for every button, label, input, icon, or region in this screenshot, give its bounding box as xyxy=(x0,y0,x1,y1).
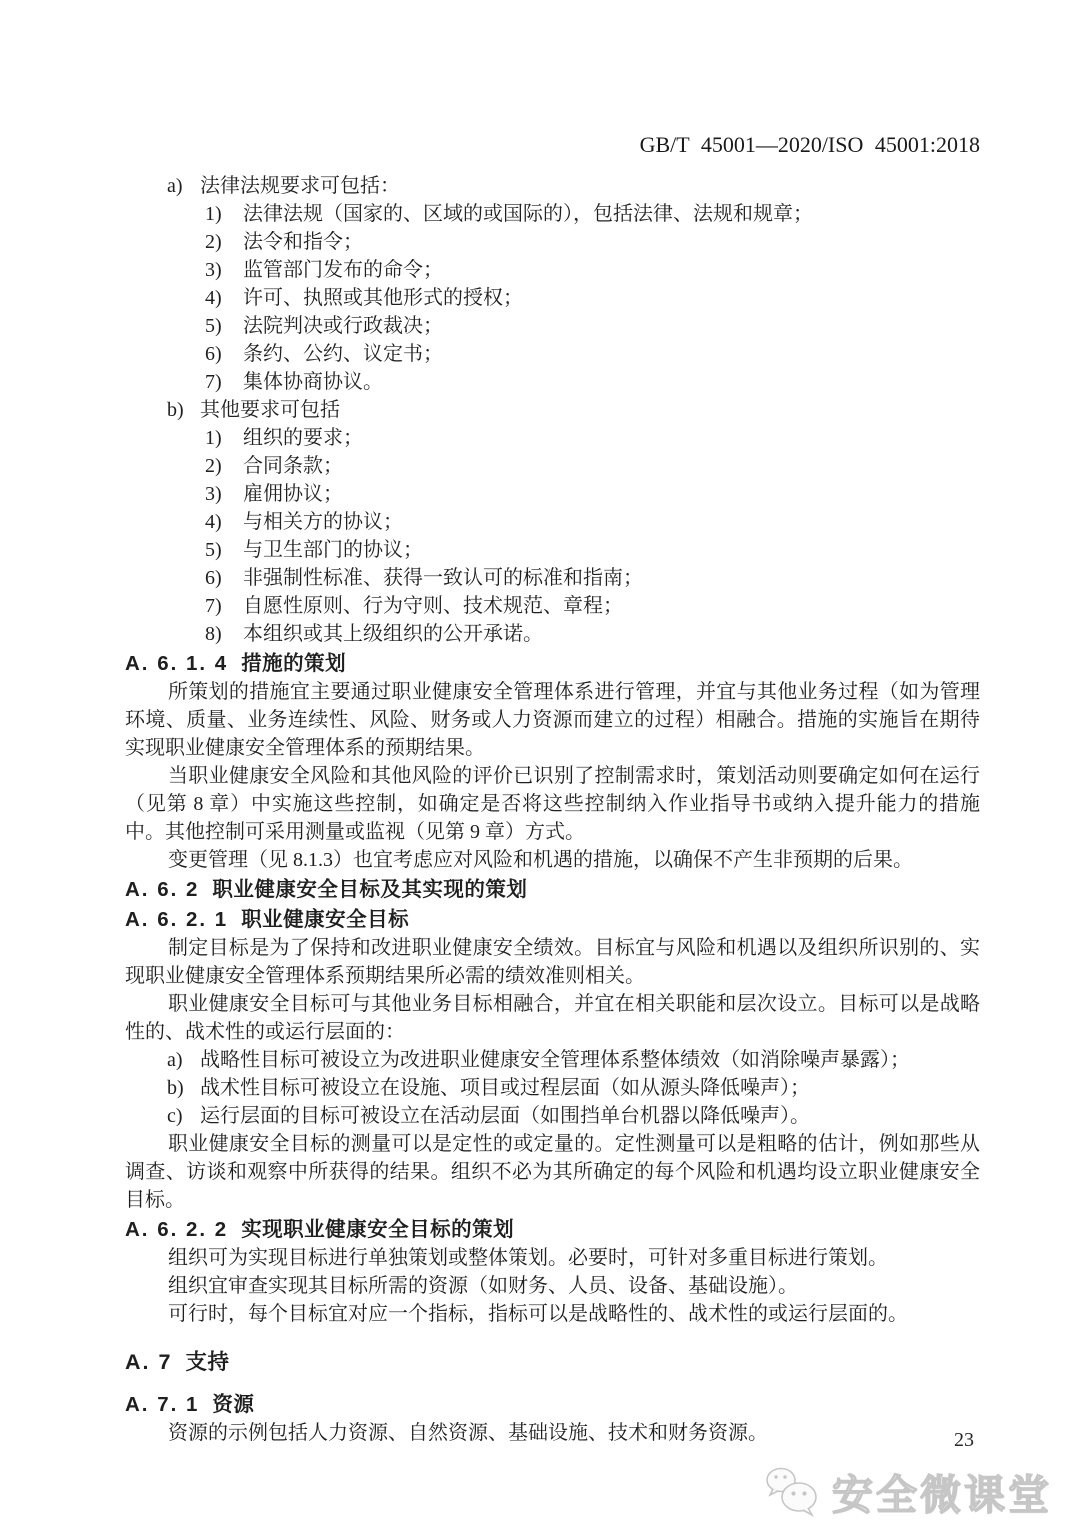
list-item: b)其他要求可包括 xyxy=(125,396,980,424)
list-item: 6)非强制性标准、获得一致认可的标准和指南； xyxy=(125,564,980,592)
list-item-text: 监管部门发布的命令； xyxy=(243,259,443,281)
list-item-text: 条约、公约、议定书； xyxy=(243,343,443,365)
list-item-marker: 2) xyxy=(205,452,222,480)
section-number: A. 6. 2 xyxy=(125,878,199,901)
list-item-marker: c) xyxy=(167,1102,183,1130)
list-item: b)战术性目标可被设立在设施、项目或过程层面（如从源头降低噪声）； xyxy=(125,1074,980,1102)
watermark-text: 安全微课堂 xyxy=(832,1462,1052,1521)
paragraph: 组织可为实现目标进行单独策划或整体策划。必要时，可针对多重目标进行策划。 xyxy=(125,1244,980,1272)
paragraph: 制定目标是为了保持和改进职业健康安全绩效。目标宜与风险和机遇以及组织所识别的、实… xyxy=(125,934,980,990)
list-item-text: 与相关方的协议； xyxy=(243,511,403,533)
list-item: 2)合同条款； xyxy=(125,452,980,480)
list-item-marker: b) xyxy=(167,396,184,424)
standard-code-header: GB/T 45001—2020/ISO 45001:2018 xyxy=(125,132,980,158)
paragraph: 变更管理（见 8.1.3）也宜考虑应对风险和机遇的措施，以确保不产生非预期的后果… xyxy=(125,846,980,874)
list-item-marker: a) xyxy=(167,172,183,200)
list-item: 4)许可、执照或其他形式的授权； xyxy=(125,284,980,312)
list-item-text: 许可、执照或其他形式的授权； xyxy=(243,287,523,309)
list-item-marker: a) xyxy=(167,1046,183,1074)
section-heading: A. 7支持 xyxy=(125,1348,980,1376)
list-item: 6)条约、公约、议定书； xyxy=(125,340,980,368)
list-item-text: 法律法规要求可包括： xyxy=(200,175,400,197)
document-body: a)法律法规要求可包括：1)法律法规（国家的、区域的或国际的），包括法律、法规和… xyxy=(125,172,980,1447)
list-item-marker: 8) xyxy=(205,620,222,648)
list-item: 3)雇佣协议； xyxy=(125,480,980,508)
section-title: 实现职业健康安全目标的策划 xyxy=(241,1218,514,1241)
list-item-text: 法令和指令； xyxy=(243,231,363,253)
section-heading: A. 6. 1. 4措施的策划 xyxy=(125,650,980,678)
list-item: 5)与卫生部门的协议； xyxy=(125,536,980,564)
paragraph: 可行时，每个目标宜对应一个指标，指标可以是战略性的、战术性的或运行层面的。 xyxy=(125,1300,980,1328)
list-item-text: 非强制性标准、获得一致认可的标准和指南； xyxy=(243,567,643,589)
list-item-text: 战术性目标可被设立在设施、项目或过程层面（如从源头降低噪声）； xyxy=(200,1077,810,1099)
list-item-marker: 2) xyxy=(205,228,222,256)
section-number: A. 7 xyxy=(125,1350,172,1374)
paragraph: 当职业健康安全风险和其他风险的评价已识别了控制需求时，策划活动则要确定如何在运行… xyxy=(125,762,980,846)
section-title: 职业健康安全目标 xyxy=(241,908,409,931)
list-item: 5)法院判决或行政裁决； xyxy=(125,312,980,340)
wechat-chat-bubbles-icon xyxy=(764,1464,822,1520)
page-number: 23 xyxy=(954,1429,974,1452)
list-item-text: 法院判决或行政裁决； xyxy=(243,315,443,337)
list-item-text: 战略性目标可被设立为改进职业健康安全管理体系整体绩效（如消除噪声暴露）； xyxy=(200,1049,910,1071)
list-item-text: 本组织或其上级组织的公开承诺。 xyxy=(243,623,543,645)
list-item-marker: 3) xyxy=(205,480,222,508)
list-item-marker: 7) xyxy=(205,368,222,396)
section-title: 措施的策划 xyxy=(241,652,346,675)
list-item-text: 集体协商协议。 xyxy=(243,371,383,393)
list-item-text: 与卫生部门的协议； xyxy=(243,539,423,561)
section-title: 职业健康安全目标及其实现的策划 xyxy=(212,878,527,901)
section-number: A. 7. 1 xyxy=(125,1393,199,1416)
list-item-text: 运行层面的目标可被设立在活动层面（如围挡单台机器以降低噪声）。 xyxy=(200,1105,810,1127)
paragraph: 组织宜审查实现其目标所需的资源（如财务、人员、设备、基础设施）。 xyxy=(125,1272,980,1300)
section-heading: A. 7. 1资源 xyxy=(125,1391,980,1419)
list-item-marker: 1) xyxy=(205,424,222,452)
section-number: A. 6. 1. 4 xyxy=(125,652,228,675)
list-item-marker: 6) xyxy=(205,340,222,368)
section-number: A. 6. 2. 2 xyxy=(125,1218,228,1241)
paragraph: 职业健康安全目标的测量可以是定性的或定量的。定性测量可以是粗略的估计，例如那些从… xyxy=(125,1130,980,1214)
section-title: 支持 xyxy=(185,1350,229,1374)
section-heading: A. 6. 2职业健康安全目标及其实现的策划 xyxy=(125,876,980,904)
list-item-marker: b) xyxy=(167,1074,184,1102)
list-item-marker: 1) xyxy=(205,200,222,228)
document-page: GB/T 45001—2020/ISO 45001:2018 a)法律法规要求可… xyxy=(0,0,1080,1527)
watermark-logo: 安全微课堂 xyxy=(764,1462,1052,1521)
list-item-marker: 5) xyxy=(205,536,222,564)
list-item: 7)集体协商协议。 xyxy=(125,368,980,396)
paragraph: 所策划的措施宜主要通过职业健康安全管理体系进行管理，并宜与其他业务过程（如为管理… xyxy=(125,678,980,762)
list-item-text: 自愿性原则、行为守则、技术规范、章程； xyxy=(243,595,623,617)
section-heading: A. 6. 2. 2实现职业健康安全目标的策划 xyxy=(125,1216,980,1244)
section-heading: A. 6. 2. 1职业健康安全目标 xyxy=(125,906,980,934)
list-item-marker: 6) xyxy=(205,564,222,592)
list-item-marker: 3) xyxy=(205,256,222,284)
list-item-text: 合同条款； xyxy=(243,455,343,477)
paragraph: 资源的示例包括人力资源、自然资源、基础设施、技术和财务资源。 xyxy=(125,1419,980,1447)
list-item: 4)与相关方的协议； xyxy=(125,508,980,536)
list-item-text: 雇佣协议； xyxy=(243,483,343,505)
list-item: 3)监管部门发布的命令； xyxy=(125,256,980,284)
section-title: 资源 xyxy=(212,1393,254,1416)
list-item-text: 组织的要求； xyxy=(243,427,363,449)
paragraph: 职业健康安全目标可与其他业务目标相融合，并宜在相关职能和层次设立。目标可以是战略… xyxy=(125,990,980,1046)
list-item: 1)组织的要求； xyxy=(125,424,980,452)
list-item: 7)自愿性原则、行为守则、技术规范、章程； xyxy=(125,592,980,620)
list-item-marker: 5) xyxy=(205,312,222,340)
list-item-marker: 4) xyxy=(205,284,222,312)
list-item: 2)法令和指令； xyxy=(125,228,980,256)
list-item-text: 法律法规（国家的、区域的或国际的），包括法律、法规和规章； xyxy=(243,203,813,225)
list-item: c)运行层面的目标可被设立在活动层面（如围挡单台机器以降低噪声）。 xyxy=(125,1102,980,1130)
list-item: 1)法律法规（国家的、区域的或国际的），包括法律、法规和规章； xyxy=(125,200,980,228)
list-item: a)战略性目标可被设立为改进职业健康安全管理体系整体绩效（如消除噪声暴露）； xyxy=(125,1046,980,1074)
section-number: A. 6. 2. 1 xyxy=(125,908,228,931)
list-item: a)法律法规要求可包括： xyxy=(125,172,980,200)
list-item-marker: 7) xyxy=(205,592,222,620)
list-item-marker: 4) xyxy=(205,508,222,536)
list-item-text: 其他要求可包括 xyxy=(200,399,340,421)
list-item: 8)本组织或其上级组织的公开承诺。 xyxy=(125,620,980,648)
